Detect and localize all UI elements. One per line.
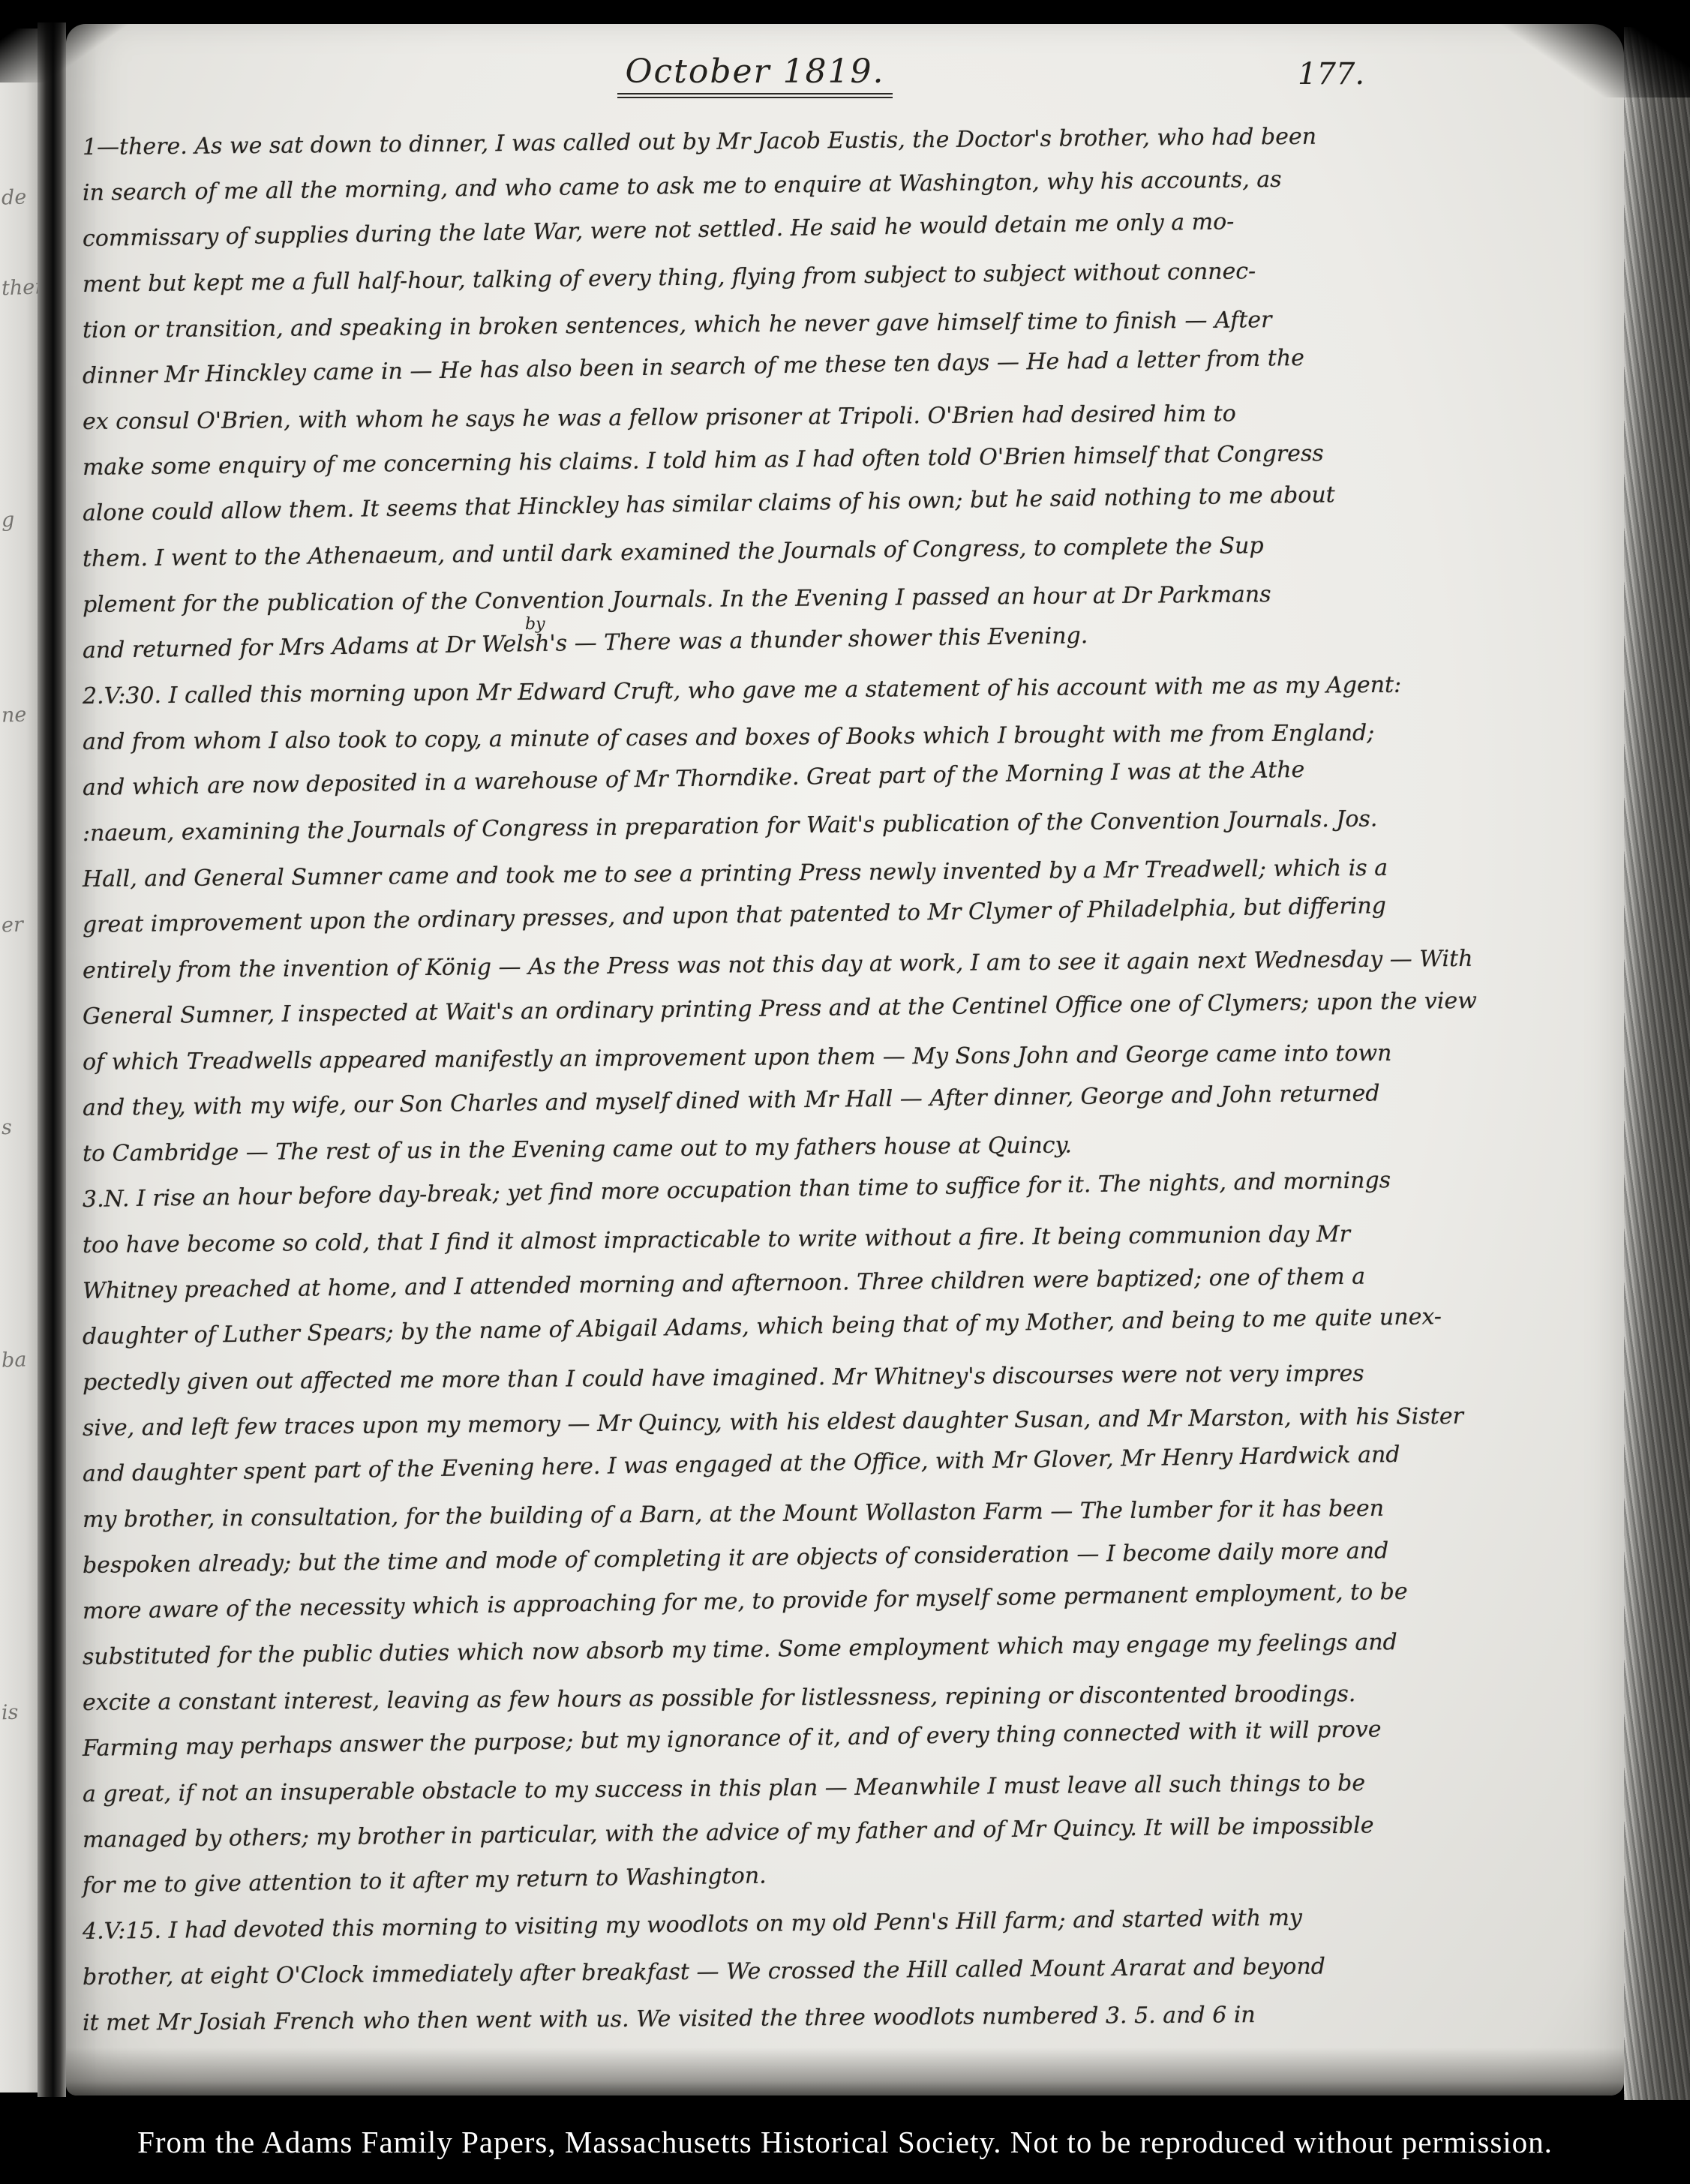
page-header: October 1819. 177. (66, 24, 1624, 120)
facing-page-text-fragment: ba (1, 1348, 26, 1372)
manuscript-line: it met Mr Josiah French who then went wi… (83, 1990, 1594, 2046)
photo-corner-shadow (1465, 0, 1690, 97)
diary-page: October 1819. 177. by 1—there. As we sat… (66, 24, 1624, 2095)
book-fore-edge (1624, 27, 1690, 2106)
facing-page-text-fragment: g (1, 508, 14, 532)
facing-page-text-fragment: s (1, 1116, 12, 1139)
facing-page-sliver: de them g ne er s ba is (0, 28, 38, 2092)
date-heading-text: October 1819. (617, 52, 892, 98)
caption-bar: From the Adams Family Papers, Massachuse… (0, 2100, 1690, 2184)
facing-page-text-fragment: er (1, 913, 23, 937)
book-binding-gutter (38, 22, 66, 2097)
facing-page-text-fragment: is (1, 1701, 19, 1725)
facing-page-text-fragment: de (1, 185, 26, 209)
manuscript-scan-photo: de them g ne er s ba is October 1819. 17… (0, 0, 1690, 2184)
page-number: 177. (1298, 57, 1364, 91)
date-heading: October 1819. (66, 52, 1444, 91)
facing-page-text-fragment: ne (1, 703, 26, 727)
archive-caption: From the Adams Family Papers, Massachuse… (137, 2124, 1553, 2160)
photo-corner-shadow (0, 0, 165, 82)
manuscript-text-block: 1—there. As we sat down to dinner, I was… (66, 120, 1624, 2046)
